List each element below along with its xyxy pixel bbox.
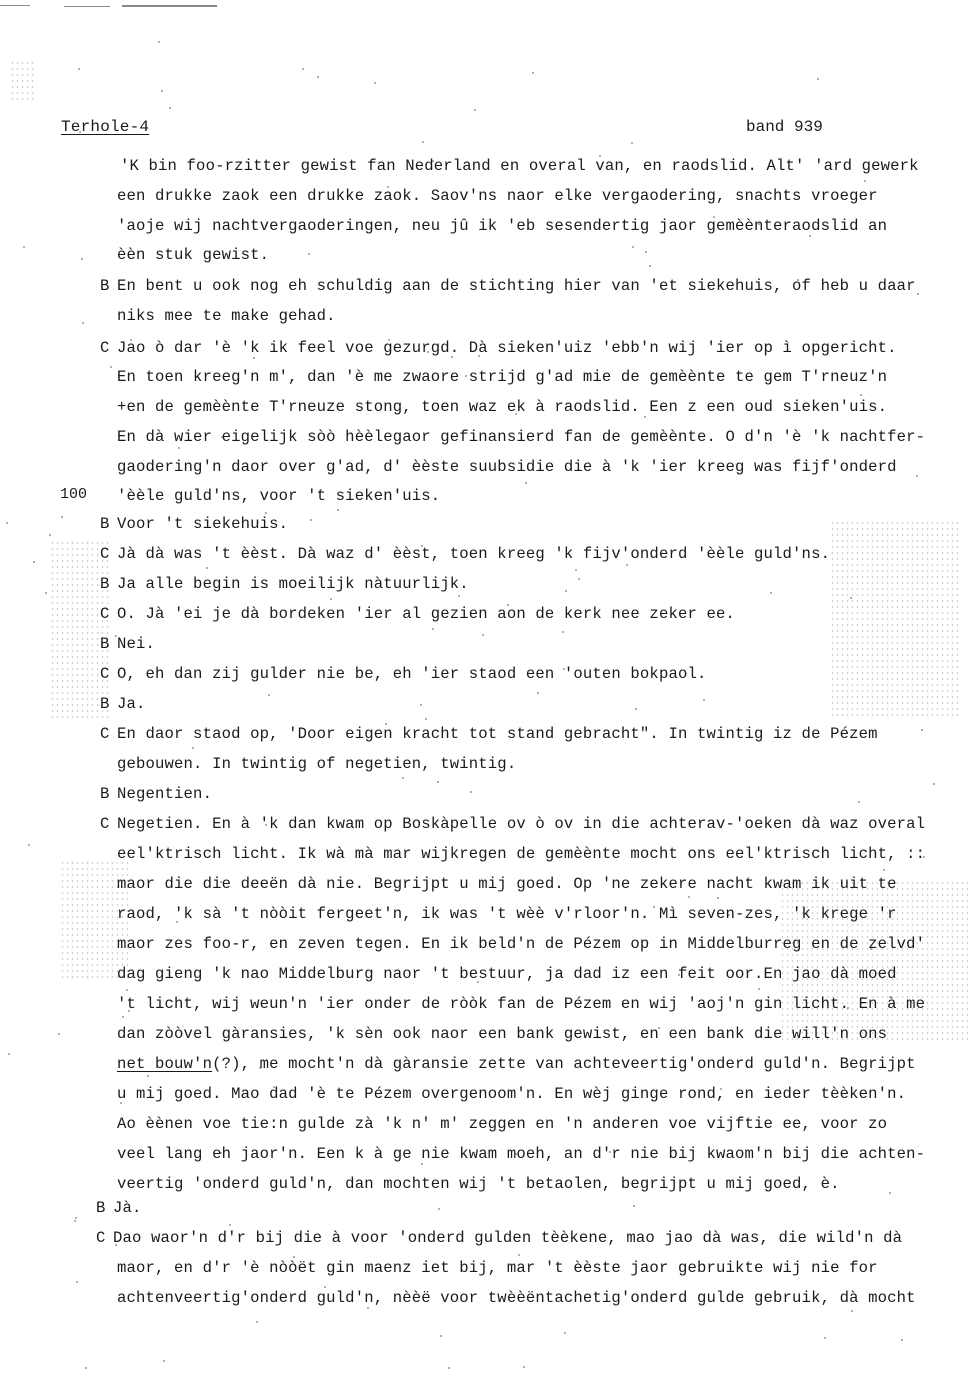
scan-speck: [518, 1254, 520, 1256]
transcript-turn: CO, eh dan zij gulder nie be, eh 'ier st…: [100, 664, 706, 684]
line-text: En bent u ook nog eh schuldig aan de sti…: [117, 277, 916, 295]
scan-noise: [50, 540, 110, 720]
scan-speck: [265, 824, 267, 826]
scan-speck: [809, 235, 811, 237]
transcript-line: +en de gemèènte T'rneuze stong, toen waz…: [117, 397, 887, 417]
scan-speck: [33, 561, 35, 563]
scan-speck: [635, 708, 637, 710]
scan-speck: [324, 1286, 326, 1288]
scan-speck: [293, 1256, 295, 1258]
scan-speck: [337, 509, 339, 511]
scan-noise: [830, 520, 960, 720]
scan-speck: [85, 1367, 87, 1369]
scan-speck: [901, 1339, 903, 1341]
scan-speck: [889, 1192, 891, 1194]
scan-speck: [477, 981, 479, 983]
scan-speck: [78, 68, 80, 70]
scan-speck: [645, 251, 647, 253]
scan-speck: [458, 595, 460, 597]
scan-speck: [658, 1027, 660, 1029]
scan-speck: [259, 1067, 261, 1069]
scan-speck: [523, 1366, 525, 1368]
scan-speck: [421, 1163, 423, 1165]
scan-speck: [562, 631, 564, 633]
scan-speck: [169, 107, 171, 109]
scan-speck: [817, 78, 819, 80]
scan-speck: [575, 569, 577, 571]
scan-speck: [474, 109, 476, 111]
scan-speck: [58, 1033, 60, 1035]
scan-speck: [688, 896, 690, 898]
line-text: Dao waor'n d'r bij die à voor 'onderd gu…: [113, 1229, 902, 1247]
scan-speck: [564, 1332, 566, 1334]
scan-speck: [317, 76, 319, 78]
scan-speck: [122, 1016, 124, 1018]
transcript-line: 'aoje wij nachtvergaoderingen, neu jû ik…: [117, 216, 887, 236]
line-text: gaodering'n daor over g'ad, d' èèste suu…: [117, 458, 897, 476]
scan-speck: [563, 668, 565, 670]
line-text: dag gieng 'k nao Middelburg naor 't best…: [117, 965, 897, 983]
transcript-turn: BJa alle begin is moeilijk nàtuurlijk.: [100, 574, 469, 594]
scan-speck: [515, 1153, 517, 1155]
scan-speck: [320, 489, 322, 491]
line-text: gebouwen. In twintig of negetien, twinti…: [117, 755, 516, 773]
transcript-line: u mij goed. Mao dad 'è te Pézem overgeno…: [117, 1084, 906, 1104]
line-text: O, eh dan zij gulder nie be, eh 'ier sta…: [117, 665, 706, 683]
scan-speck: [61, 516, 63, 518]
scan-speck: [49, 534, 51, 536]
scan-speck: [81, 258, 83, 260]
scan-speck: [678, 974, 680, 976]
line-text: Voor 't siekehuis.: [117, 515, 288, 533]
transcript-line: achtenveertig'onderd guld'n, nèèë voor t…: [117, 1288, 916, 1308]
line-text: Jao ò dar 'è 'k ik feel voe gezurgd. Dà …: [117, 339, 897, 357]
scan-speck: [256, 1321, 258, 1323]
line-text: èèn stuk gewist.: [117, 246, 269, 264]
scan-speck: [220, 1152, 222, 1154]
line-text: veel lang eh jaor'n. Een k à ge nie kwam…: [117, 1145, 925, 1163]
scan-speck: [82, 322, 84, 324]
scan-speck: [28, 844, 30, 846]
line-text: achtenveertig'onderd guld'n, nèèë voor t…: [117, 1289, 916, 1307]
scan-speck: [374, 82, 376, 84]
scan-speck: [565, 590, 567, 592]
scan-speck: [221, 436, 223, 438]
tape-number: band 939: [746, 118, 823, 136]
scan-speck: [703, 699, 705, 701]
scan-speck: [465, 375, 467, 377]
scan-speck: [75, 1217, 77, 1219]
line-text: veertig 'onderd guld'n, dan mochten wij …: [117, 1175, 840, 1193]
scan-speck: [713, 216, 715, 218]
scan-speck: [917, 293, 919, 295]
speaker-label: B: [100, 514, 117, 534]
scan-speck: [644, 416, 646, 418]
speaker-label: B: [100, 784, 117, 804]
line-text: En daor staod op, 'Door eigen kracht tot…: [117, 725, 878, 743]
line-text: eel'ktrisch licht. Ik wà mà mar wijkrege…: [117, 845, 925, 863]
scan-speck: [45, 592, 47, 594]
speaker-label: C: [96, 1228, 113, 1248]
line-text: O. Jà 'ei je dà bordeken 'ier al gezien …: [117, 605, 735, 623]
scan-speck: [858, 801, 860, 803]
scan-speck: [438, 1208, 440, 1210]
scan-speck: [850, 597, 852, 599]
scan-speck: [870, 948, 872, 950]
line-text: raod, 'k sà 't nòòit fergeet'n, ik was '…: [117, 905, 897, 923]
scan-speck: [851, 1310, 853, 1312]
line-number-marker: 100: [60, 486, 87, 503]
scan-speck: [537, 692, 539, 694]
scan-speck: [206, 567, 208, 569]
line-text: Jà.: [113, 1199, 142, 1217]
scan-speck: [631, 142, 633, 144]
line-text: maor, en d'r 'è nòòët gin maenz iet bij,…: [117, 1259, 878, 1277]
scan-speck: [115, 1244, 117, 1246]
scan-speck: [448, 1367, 450, 1369]
document-title: Terhole-4: [61, 118, 149, 136]
scan-speck: [126, 989, 128, 991]
scan-speck: [470, 791, 472, 793]
transcript-turn: CJao ò dar 'è 'k ik feel voe gezurgd. Dà…: [100, 338, 897, 358]
transcript-line: 't licht, wij weun'n 'ier onder de ròòk …: [117, 994, 925, 1014]
scan-speck: [728, 914, 730, 916]
transcript-line: En dà wier eigelijk sòò hèèlegaor gefina…: [117, 427, 925, 447]
scan-speck: [864, 180, 866, 182]
transcript-turn: BJà.: [96, 1198, 142, 1218]
transcript-line: Ao èènen voe tie:n gulde zà 'k n' m' zeg…: [117, 1114, 887, 1134]
transcript-turn: CNegetien. En à 'k dan kwam op Boskàpell…: [100, 814, 925, 834]
transcript-line: gaodering'n daor over g'ad, d' èèste suu…: [117, 457, 897, 477]
speaker-label: C: [100, 544, 117, 564]
line-text: 't licht, wij weun'n 'ier onder de ròòk …: [117, 995, 925, 1013]
scan-speck: [758, 988, 760, 990]
speaker-label: C: [100, 814, 117, 834]
transcript-turn: BEn bent u ook nog eh schuldig aan de st…: [100, 276, 916, 296]
transcript-line: dan zòòvel gàransies, 'k sèn ook naor ee…: [117, 1024, 887, 1044]
line-text: Ao èènen voe tie:n gulde zà 'k n' m' zeg…: [117, 1115, 887, 1133]
transcript-turn: BJa.: [100, 694, 146, 714]
scan-speck: [437, 781, 439, 783]
speaker-label: B: [100, 276, 117, 296]
scan-speck: [310, 519, 312, 521]
scan-speck: [525, 482, 527, 484]
scan-speck: [860, 394, 862, 396]
scan-speck: [599, 155, 601, 157]
scan-speck: [385, 723, 387, 725]
line-text: +en de gemèènte T'rneuze stong, toen waz…: [117, 398, 887, 416]
transcript-line: eel'ktrisch licht. Ik wà mà mar wijkrege…: [117, 844, 925, 864]
scan-speck: [432, 160, 434, 162]
scan-speck: [387, 186, 389, 188]
transcript-line: En toen kreeg'n m', dan 'è me zwaore str…: [117, 367, 887, 387]
transcript-line: raod, 'k sà 't nòòit fergeet'n, ik was '…: [117, 904, 897, 924]
transcript-turn: CEn daor staod op, 'Door eigen kracht to…: [100, 724, 878, 744]
scan-speck: [507, 604, 509, 606]
scan-speck: [268, 694, 270, 696]
scan-speck: [921, 729, 923, 731]
transcript-line: net bouw'n(?), me mocht'n dà gàransie ze…: [117, 1054, 916, 1074]
transcript-turn: CJà dà was 't èèst. Dà waz d' èèst, toen…: [100, 544, 830, 564]
speaker-label: C: [100, 664, 117, 684]
scan-speck: [515, 413, 517, 415]
scan-speck: [420, 704, 422, 706]
transcript-line: 'èèle guld'ns, voor 't sieken'uis.: [117, 486, 440, 506]
line-text: 'K bin foo-rzitter gewist fan Nederland …: [120, 157, 919, 175]
transcript-line: gebouwen. In twintig of negetien, twinti…: [117, 754, 516, 774]
scan-speck: [923, 856, 925, 858]
transcript-line: veertig 'onderd guld'n, dan mochten wij …: [117, 1174, 840, 1194]
scan-speck: [824, 1337, 826, 1339]
scan-speck: [653, 906, 655, 908]
scan-speck: [176, 921, 178, 923]
line-text: Ja alle begin is moeilijk nàtuurlijk.: [117, 575, 469, 593]
scan-speck: [758, 223, 760, 225]
scan-speck: [302, 68, 304, 70]
scan-speck: [223, 1031, 225, 1033]
line-text: En dà wier eigelijk sòò hèèlegaor gefina…: [117, 428, 925, 446]
scan-speck: [128, 1010, 130, 1012]
scan-speck: [257, 521, 259, 523]
scan-speck: [163, 1360, 165, 1362]
transcript-line: maor die die deeën dà nie. Begrijpt u mi…: [117, 874, 897, 894]
scan-speck: [23, 246, 25, 248]
scan-speck: [440, 1335, 442, 1337]
scan-speck: [433, 1030, 435, 1032]
line-text: dan zòòvel gàransies, 'k sèn ook naor ee…: [117, 1025, 887, 1043]
speaker-label: C: [100, 338, 117, 358]
scan-speck: [755, 1265, 757, 1267]
speaker-label: B: [96, 1198, 113, 1218]
scan-speck: [482, 634, 484, 636]
transcript-turn: CO. Jà 'ei je dà bordeken 'ier al gezien…: [100, 604, 735, 624]
scan-speck: [847, 1007, 849, 1009]
scan-speck: [425, 718, 427, 720]
scan-speck: [422, 141, 424, 143]
uncertain-transcription: net bouw'n: [117, 1055, 212, 1073]
scan-speck: [115, 635, 117, 637]
scan-speck: [147, 1075, 149, 1077]
scan-speck: [120, 1102, 122, 1104]
transcript-line: niks mee te make gehad.: [117, 306, 336, 326]
transcript-line: maor, en d'r 'è nòòët gin maenz iet bij,…: [117, 1258, 878, 1278]
transcript-turn: BNegentien.: [100, 784, 212, 804]
scan-speck: [883, 869, 885, 871]
scan-noise: [10, 60, 35, 100]
speaker-label: C: [100, 724, 117, 744]
scan-speck: [130, 339, 132, 341]
speaker-label: C: [100, 604, 117, 624]
scan-speck: [253, 357, 255, 359]
line-text: En toen kreeg'n m', dan 'è me zwaore str…: [117, 368, 887, 386]
transcript-line: veel lang eh jaor'n. Een k à ge nie kwam…: [117, 1144, 925, 1164]
scan-speck: [451, 356, 453, 358]
transcript-turn: BNei.: [100, 634, 155, 654]
scan-speck: [532, 72, 534, 74]
scan-speck: [421, 545, 423, 547]
scan-speck: [717, 897, 719, 899]
transcript-turn: CDao waor'n d'r bij die à voor 'onderd g…: [96, 1228, 902, 1248]
line-text: maor zes foo-r, en zeven tegen. En ik be…: [117, 935, 925, 953]
scan-speck: [330, 598, 332, 600]
scan-speck: [178, 447, 180, 449]
transcript-line: maor zes foo-r, en zeven tegen. En ik be…: [117, 934, 925, 954]
scan-speck: [8, 1053, 10, 1055]
scan-speck: [633, 1205, 635, 1207]
scan-speck: [74, 1220, 76, 1222]
scan-speck: [192, 747, 194, 749]
scan-speck: [273, 1086, 275, 1088]
transcript-line: een drukke zaok een drukke zaok. Saov'ns…: [117, 186, 878, 206]
line-text: Jà dà was 't èèst. Dà waz d' èèst, toen …: [117, 545, 830, 563]
scan-artifact-rule: [0, 5, 30, 6]
transcript-line: dag gieng 'k nao Middelburg naor 't best…: [117, 964, 897, 984]
scan-speck: [427, 351, 429, 353]
transcript-line: 'K bin foo-rzitter gewist fan Nederland …: [120, 156, 919, 176]
speaker-label: B: [100, 574, 117, 594]
scan-speck: [632, 246, 634, 248]
scan-speck: [367, 1307, 369, 1309]
scan-artifact-rule: [64, 6, 110, 7]
line-text: 'aoje wij nachtvergaoderingen, neu jû ik…: [117, 217, 887, 235]
scan-speck: [229, 1224, 231, 1226]
line-text: een drukke zaok een drukke zaok. Saov'ns…: [117, 187, 878, 205]
line-text: maor die die deeën dà nie. Begrijpt u mi…: [117, 875, 897, 893]
line-text: Ja.: [117, 695, 146, 713]
scan-speck: [916, 475, 918, 477]
scan-speck: [720, 1088, 722, 1090]
scan-speck: [626, 564, 628, 566]
line-text: niks mee te make gehad.: [117, 307, 336, 325]
scan-speck: [478, 355, 480, 357]
scan-speck: [158, 41, 160, 43]
scan-speck: [6, 522, 8, 524]
line-text: Nei.: [117, 635, 155, 653]
line-text: (?), me mocht'n dà gàransie zette van ac…: [212, 1055, 916, 1073]
document-page: Terhole-4 band 939 100 'K bin foo-rzitte…: [0, 0, 973, 1395]
line-text: Negetien. En à 'k dan kwam op Boskàpelle…: [117, 815, 925, 833]
scan-artifact-rule: [122, 5, 217, 7]
scan-speck: [649, 265, 651, 267]
speaker-label: B: [100, 634, 117, 654]
scan-speck: [331, 350, 333, 352]
scan-speck: [388, 339, 390, 341]
scan-speck: [402, 777, 404, 779]
scan-speck: [797, 279, 799, 281]
scan-speck: [432, 628, 434, 630]
line-text: Negentien.: [117, 785, 212, 803]
scan-speck: [161, 90, 163, 92]
scan-speck: [265, 512, 267, 514]
scan-speck: [609, 1151, 611, 1153]
scan-speck: [76, 1281, 78, 1283]
scan-speck: [578, 578, 580, 580]
scan-speck: [308, 253, 310, 255]
scan-speck: [770, 592, 772, 594]
scan-speck: [220, 881, 222, 883]
speaker-label: B: [100, 694, 117, 714]
scan-speck: [933, 783, 935, 785]
transcript-turn: BVoor 't siekehuis.: [100, 514, 288, 534]
transcript-line: èèn stuk gewist.: [117, 245, 269, 265]
scan-speck: [79, 131, 81, 133]
scan-speck: [110, 366, 112, 368]
line-text: u mij goed. Mao dad 'è te Pézem overgeno…: [117, 1085, 906, 1103]
line-text: 'èèle guld'ns, voor 't sieken'uis.: [117, 487, 440, 505]
